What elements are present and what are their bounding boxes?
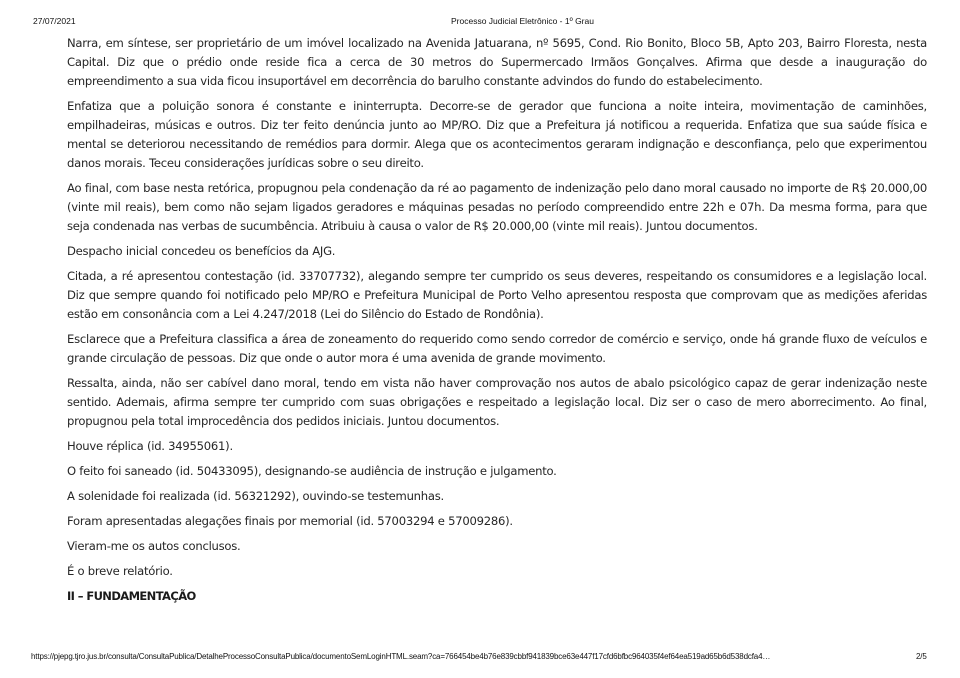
paragraph-noise-pollution: Enfatiza que a poluição sonora é constan… xyxy=(67,97,927,173)
paragraph-conclusion: Vieram-me os autos conclusos. xyxy=(67,537,927,556)
page-indicator: 2/5 xyxy=(916,652,927,661)
section-heading-fundamentacao: II – FUNDAMENTAÇÃO xyxy=(67,589,196,603)
paragraph-requests: Ao final, com base nesta retórica, propu… xyxy=(67,179,927,236)
paragraph-hearing: A solenidade foi realizada (id. 56321292… xyxy=(67,487,927,506)
paragraph-final-arguments: Foram apresentadas alegações finais por … xyxy=(67,512,927,531)
print-footer: https://pjepg.tjro.jus.br/consulta/Consu… xyxy=(0,652,960,664)
paragraph-sanitation: O feito foi saneado (id. 50433095), desi… xyxy=(67,462,927,481)
document-url: https://pjepg.tjro.jus.br/consulta/Consu… xyxy=(31,652,911,661)
paragraph-initial-order: Despacho inicial concedeu os benefícios … xyxy=(67,242,927,261)
paragraph-moral-damage: Ressalta, ainda, não ser cabível dano mo… xyxy=(67,374,927,431)
paragraph-narrative: Narra, em síntese, ser proprietário de u… xyxy=(67,34,927,91)
paragraph-defense: Citada, a ré apresentou contestação (id.… xyxy=(67,267,927,324)
document-body: Narra, em síntese, ser proprietário de u… xyxy=(67,34,927,587)
paragraph-zoning: Esclarece que a Prefeitura classifica a … xyxy=(67,330,927,368)
print-header: 27/07/2021 Processo Judicial Eletrônico … xyxy=(0,16,960,28)
paragraph-brief-report: É o breve relatório. xyxy=(67,562,927,581)
paragraph-reply: Houve réplica (id. 34955061). xyxy=(67,437,927,456)
print-title: Processo Judicial Eletrônico - 1º Grau xyxy=(0,16,960,26)
